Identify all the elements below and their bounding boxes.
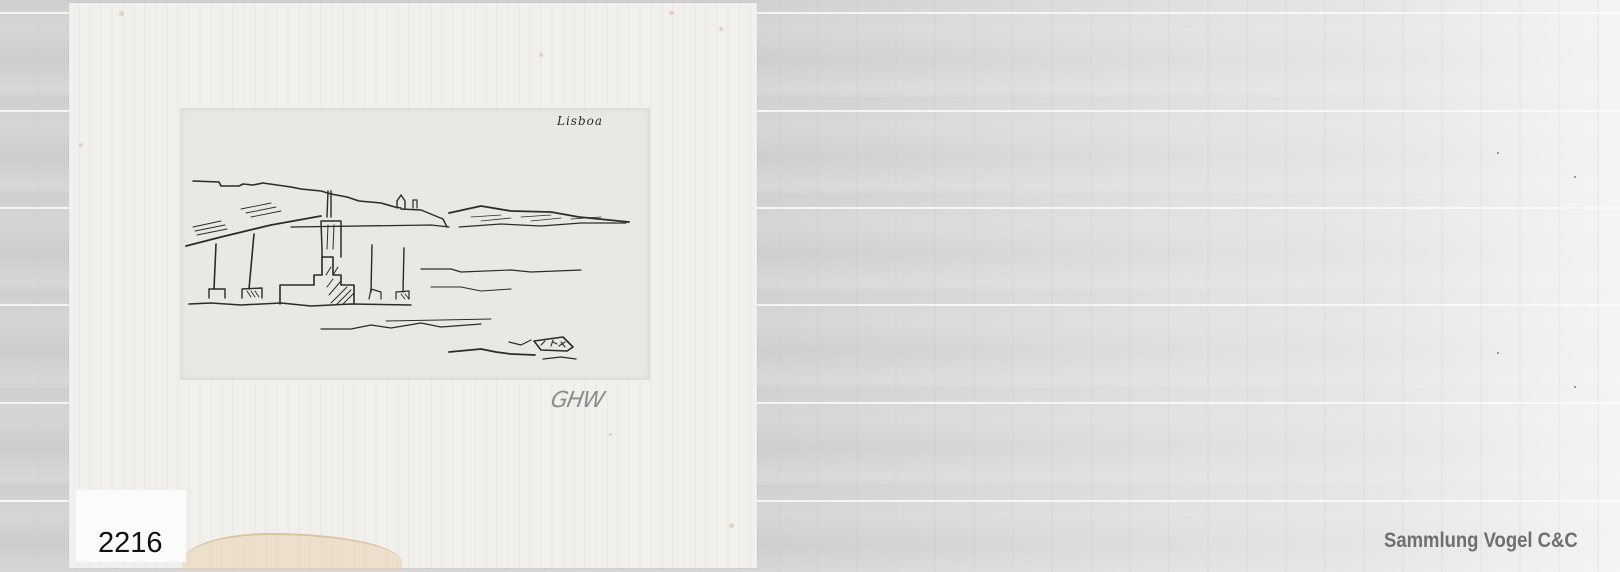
collection-watermark: Sammlung Vogel C&C <box>1384 529 1578 553</box>
foxing-spot <box>609 433 612 436</box>
foxing-spot <box>719 27 723 31</box>
foxing-spot <box>539 53 543 57</box>
foxing-spot <box>119 11 124 16</box>
foxing-spot <box>669 11 674 15</box>
inventory-number: 2216 <box>98 527 163 560</box>
foxing-spot <box>729 523 734 528</box>
speck <box>1574 176 1576 178</box>
etching-drawing <box>181 109 649 379</box>
speck <box>1497 352 1499 354</box>
paper-sheet: Lisboa <box>69 3 757 568</box>
artist-monogram: GHW <box>549 388 606 413</box>
etching-plate: Lisboa <box>180 108 650 380</box>
speck <box>1574 386 1576 388</box>
speck <box>1497 152 1499 154</box>
foxing-spot <box>79 143 83 147</box>
water-stain <box>182 533 402 570</box>
